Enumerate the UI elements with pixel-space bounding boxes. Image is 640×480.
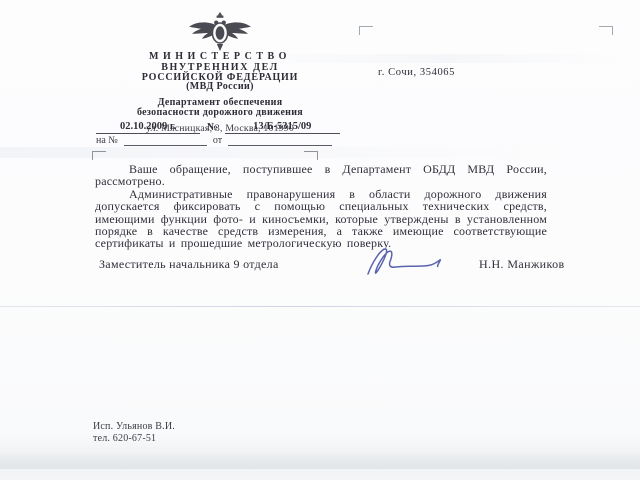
corner-mark-addressee-left [359, 26, 373, 35]
scanned-letter-page: МИНИСТЕРСТВО ВНУТРЕННИХ ДЕЛ РОССИЙСКОЙ Ф… [0, 0, 640, 480]
letter-body: Ваше обращение, поступившее в Департамен… [95, 163, 547, 250]
body-paragraph-2: Административные правонарушения в област… [95, 188, 547, 250]
ref-number-blank [124, 135, 207, 146]
executor-name: Исп. Ульянов В.И. [93, 421, 175, 433]
ref-number-label: на № [96, 135, 118, 146]
corner-mark-text-left [92, 151, 106, 160]
letter-date: 02.10.2009 г. [96, 121, 200, 134]
ref-from-label: от [213, 135, 222, 146]
corner-mark-addressee-right [599, 26, 613, 35]
date-and-number-row: 02.10.2009 г. № 13/Б-5315/09 [96, 121, 340, 134]
scan-streak [0, 147, 640, 158]
department-line-2: безопасности дорожного движения [96, 108, 344, 119]
reference-row: на № от [96, 135, 332, 146]
corner-mark-text-right [304, 151, 318, 160]
executor-phone: тел. 620-67-51 [93, 433, 175, 445]
ministry-line-1: МИНИСТЕРСТВО [96, 52, 344, 62]
paper-fold-crease [0, 306, 640, 307]
signer-name: Н.Н. Манжиков [479, 257, 565, 272]
number-sign: № [207, 122, 218, 134]
executor-block: Исп. Ульянов В.И. тел. 620-67-51 [93, 421, 175, 444]
signer-title: Заместитель начальника 9 отдела [99, 257, 279, 272]
outgoing-number: 13/Б-5315/09 [225, 121, 340, 134]
ref-from-blank [228, 135, 332, 146]
body-paragraph-1: Ваше обращение, поступившее в Департамен… [95, 163, 547, 188]
recipient-address: г. Сочи, 354065 [378, 67, 455, 78]
scan-shadow-bottom [0, 452, 640, 469]
ministry-line-4: (МВД России) [96, 82, 344, 92]
mvd-eagle-emblem-icon [188, 11, 252, 53]
handwritten-signature-icon [352, 240, 458, 288]
